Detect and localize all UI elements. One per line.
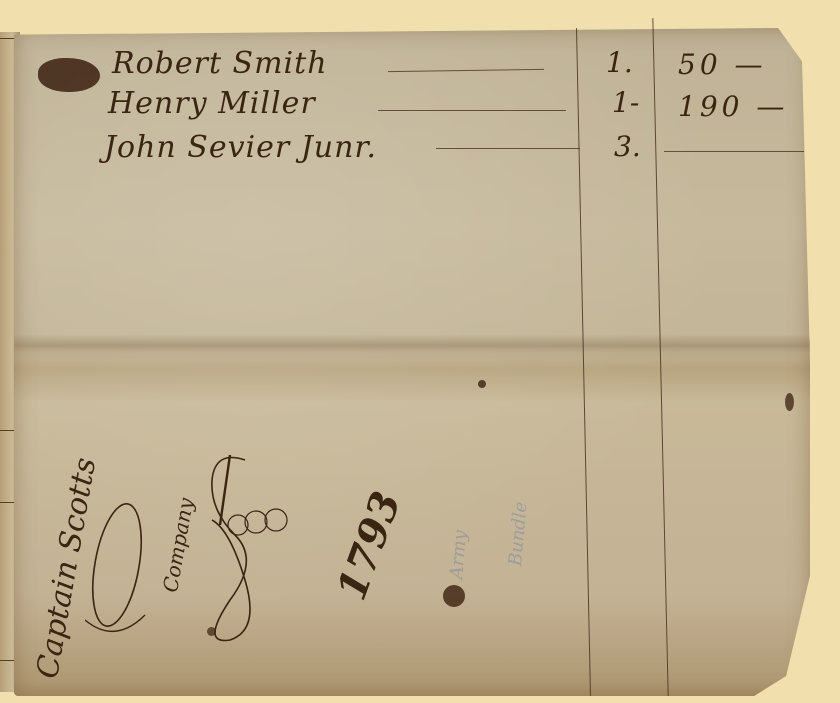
page-edge-rule xyxy=(0,430,14,431)
entry-quantity: 1- xyxy=(612,86,639,119)
paper-fold-crease xyxy=(14,334,810,360)
scanned-document: Robert Smith 1. 50 — Henry Miller 1- 190… xyxy=(0,0,840,703)
flourish-decoration xyxy=(85,495,165,655)
ink-spot xyxy=(785,393,794,411)
entry-leader-line xyxy=(436,148,580,149)
entry-name: Robert Smith xyxy=(112,46,328,81)
entry-quantity: 3. xyxy=(614,130,641,163)
flourish-decoration xyxy=(190,450,310,650)
entry-quantity: 1. xyxy=(606,46,633,79)
entry-amount: 50 — xyxy=(678,48,767,81)
ink-blot xyxy=(38,58,100,92)
amount-total-rule xyxy=(664,151,804,152)
entry-name: John Sevier Junr. xyxy=(104,130,377,165)
page-edge-rule xyxy=(0,660,14,661)
page-edge-rule xyxy=(0,38,14,39)
pencil-note: Army xyxy=(446,529,471,579)
entry-name: Henry Miller xyxy=(108,86,316,121)
page-edge-rule xyxy=(0,502,14,503)
entry-amount: 190 — xyxy=(678,90,788,123)
ink-blot xyxy=(443,585,465,607)
entry-leader-line xyxy=(378,110,566,111)
ink-spot xyxy=(478,380,486,388)
